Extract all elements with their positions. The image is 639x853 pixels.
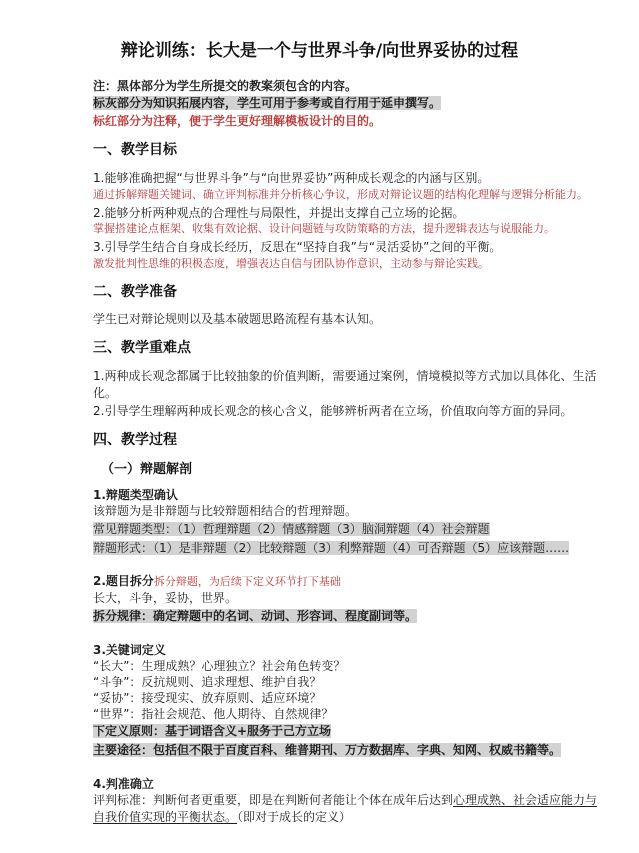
section-heading-teaching-preparation: 二、教学准备 (93, 284, 599, 302)
objective-annotation-3: 激发批判性思维的积极态度，增强表达自信与团队协作意识，主动参与辩论实践。 (93, 256, 599, 272)
keyword-definition-block: 3.关键词定义 “长大”：生理成熟？心理独立？社会角色转变？ “斗争”：反抗规则… (93, 642, 599, 723)
topic-type-list: 常见辩题类型：（1）哲理辩题（2）情感辩题（3）脑洞辩题（4）社会辩题 (93, 520, 599, 539)
keyword-definition-struggle: “斗争”：反抗规则、追求理想、维护自我？ (93, 674, 599, 690)
definition-principle-highlight: 下定义原则：基于词语含义+服务于己方立场 (93, 724, 331, 738)
preparation-text: 学生已对辩论规则以及基本破题思路流程有基本认知。 (93, 311, 599, 328)
topic-type-statement: 该辩题为是非辩题与比较辩题相结合的哲理辩题。 (93, 503, 599, 520)
definition-sources-highlight: 主要途径：包括但不限于百度百科、维普期刊、万方数据库、字典、知网、权威书籍等。 (93, 743, 561, 757)
key-difficulty-item-2: 2.引导学生理解两种成长观念的核心含义，能够辨析两者在立场，价值取向等方面的异同… (93, 403, 599, 420)
note-red-annotation: 标红部分为注释，便于学生更好理解模板设计的目的。 (93, 113, 599, 130)
note-gray-extension: 标灰部分为知识拓展内容，学生可用于参考或自行用于延申撰写。 (93, 95, 599, 112)
criteria-statement: 评判标准：判断何者更重要，即是在判断何者能让个体在成年后达到心理成熟、社会适应能… (93, 792, 599, 826)
document-page: 辩论训练：长大是一个与世界斗争/向世界妥协的过程 注：黑体部分为学生所提交的教案… (0, 0, 639, 853)
split-rule-highlight: 拆分规律：确定辩题中的名词、动词、形容词、程度副词等。 (93, 609, 417, 623)
objective-item-1: 1.能够准确把握“与世界斗争”与“向世界妥协”两种成长观念的内涵与区别。 (93, 170, 599, 187)
section-heading-teaching-objectives: 一、教学目标 (93, 142, 599, 160)
keyword-definition-grow-up: “长大”：生理成熟？心理独立？社会角色转变？ (93, 658, 599, 674)
topic-form-list-highlight: 辩题形式：（1）是非辩题（2）比较辩题（3）利弊辩题（4）可否辩题（5）应该辩题… (93, 541, 569, 555)
topic-split-annotation: 拆分辩题，为后续下定义环节打下基础 (154, 575, 341, 588)
step2-heading-topic-split: 2.题目拆分 (93, 574, 154, 588)
topic-type-list-highlight: 常见辩题类型：（1）哲理辩题（2）情感辩题（3）脑洞辩题（4）社会辩题 (93, 522, 490, 536)
objective-annotation-2: 掌握搭建论点框架、收集有效论据、设计问题链与攻防策略的方法，提升逻辑表达与说服能… (93, 221, 599, 237)
objective-item-2: 2.能够分析两种观点的合理性与局限性，并提出支撑自己立场的论据。 (93, 205, 599, 222)
section-heading-key-difficulties: 三、教学重难点 (93, 340, 599, 358)
keyword-definition-compromise: “妥协”：接受现实、放弃原则、适应环境？ (93, 690, 599, 706)
topic-split-keywords: 长大，斗争，妥协，世界。 (93, 590, 599, 607)
criteria-suffix: （即对于成长的定义） (237, 810, 351, 824)
doc-title: 辩论训练：长大是一个与世界斗争/向世界妥协的过程 (40, 40, 599, 62)
step1-heading-topic-type: 1.辩题类型确认 (93, 487, 599, 504)
criteria-prefix: 评判标准：判断何者更重要，即是在判断何者能让个体在成年后达到 (93, 793, 453, 807)
split-rule-line: 拆分规律：确定辩题中的名词、动词、形容词、程度副词等。 (93, 607, 599, 626)
keyword-definition-world: “世界”：指社会规范、他人期待、自然规律？ (93, 706, 599, 722)
subsection-heading-topic-analysis: （一）辩题解剖 (93, 462, 599, 479)
key-difficulty-item-1: 1.两种成长观念都属于比较抽象的价值判断，需要通过案例，情境模拟等方式加以具体化… (93, 368, 599, 402)
step4-heading-criteria: 4.判准确立 (93, 776, 599, 793)
topic-form-list: 辩题形式：（1）是非辩题（2）比较辩题（3）利弊辩题（4）可否辩题（5）应该辩题… (93, 539, 599, 558)
definition-sources-line: 主要途径：包括但不限于百度百科、维普期刊、万方数据库、字典、知网、权威书籍等。 (93, 741, 599, 760)
objective-item-3: 3.引导学生结合自身成长经历，反思在“坚持自我”与“灵活妥协”之间的平衡。 (93, 239, 599, 256)
note-bold-content: 注：黑体部分为学生所提交的教案须包含的内容。 (93, 78, 599, 95)
note-gray-highlight: 标灰部分为知识拓展内容，学生可用于参考或自行用于延申撰写。 (93, 96, 441, 110)
section-heading-teaching-process: 四、教学过程 (93, 432, 599, 450)
objective-annotation-1: 通过拆解辩题关键词、确立评判标准并分析核心争议，形成对辩论议题的结构化理解与逻辑… (93, 187, 599, 203)
definition-principle-line: 下定义原则：基于词语含义+服务于己方立场 (93, 722, 599, 741)
step2-heading-line: 2.题目拆分拆分辩题，为后续下定义环节打下基础 (93, 573, 599, 590)
step3-heading-keyword-definition: 3.关键词定义 (93, 642, 599, 658)
